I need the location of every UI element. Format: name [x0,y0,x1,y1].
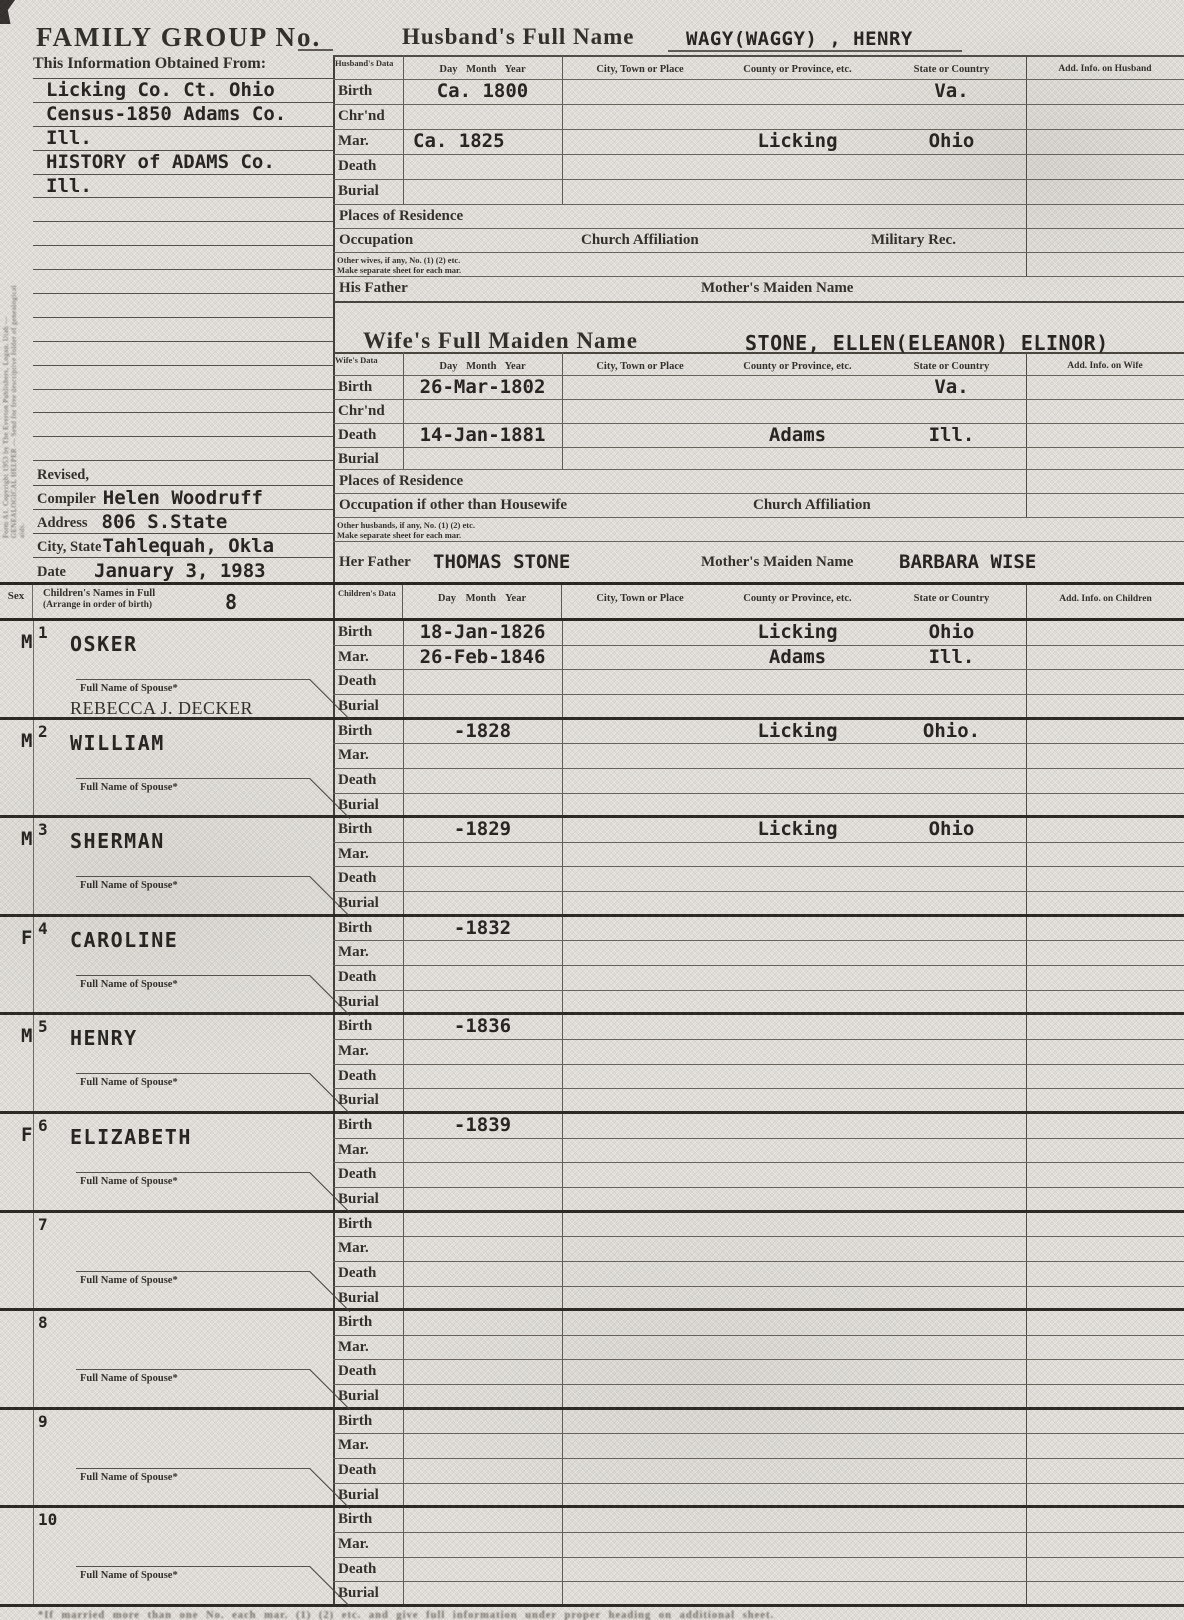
event-label: Birth [333,1311,403,1335]
col-city-town-place: City, Town or Place [562,585,718,618]
event-county [718,155,877,179]
spouse-rule-line [76,1369,310,1370]
husband-chrnd-row: Chr'nd [333,105,1184,130]
event-state [877,867,1026,891]
event-add-info [1026,769,1184,793]
event-county [718,867,877,891]
event-date [403,843,562,867]
event-state [877,843,1026,867]
event-add-info [1026,1508,1184,1532]
event-state: Ohio [877,818,1026,842]
child-row: M 1 OSKER Full Name of Spouse* REBECCA J… [0,621,1184,720]
event-date: -1828 [403,720,562,744]
event-label: Mar. [333,1336,403,1360]
places-of-residence-label: Places of Residence [339,208,463,225]
event-label: Birth [333,376,403,399]
child-marriage-row: Mar. [333,1139,1184,1164]
event-county [718,1040,877,1064]
event-date [403,1065,562,1089]
event-state [877,966,1026,990]
rule-line [33,1015,34,1111]
event-label: Birth [333,1015,403,1039]
husband-birth-row: Birth Ca. 1800 Va. [333,80,1184,105]
family-group-sheet: Form A1. Copyright 1953 by The Everton P… [0,0,1184,1620]
event-date [403,991,562,1016]
event-county [718,1582,877,1607]
wife-parents-row: Her Father THOMAS STONE Mother's Maiden … [333,542,1184,582]
child-number: 6 [38,1116,48,1135]
spouse-rule-line [76,1073,310,1074]
event-date [403,1237,562,1261]
event-add-info [1026,1015,1184,1039]
col-county-province: County or Province, etc. [718,352,877,375]
event-add-info [1026,1410,1184,1434]
child-marriage-row: Mar. [333,1040,1184,1065]
revised-line: Revised, [33,462,333,486]
event-label: Death [333,1163,403,1187]
source-line [33,270,333,294]
event-label: Death [333,769,403,793]
event-state [877,1434,1026,1458]
event-date [403,1213,562,1237]
wife-birth-row: Birth 26-Mar-1802 Va. [333,376,1184,400]
col-city-town-place: City, Town or Place [562,55,718,79]
occupation-label: Occupation if other than Housewife [339,497,567,514]
event-label: Death [333,670,403,694]
event-city [562,1410,718,1434]
church-affiliation-label: Church Affiliation [581,232,699,249]
event-label: Death [333,424,403,447]
event-county [718,1385,877,1410]
event-county [718,1188,877,1213]
spouse-label: Full Name of Spouse* [80,880,178,891]
child-sex: M [21,730,32,752]
event-date [403,1336,562,1360]
spouse-rule-line [76,778,310,779]
event-county [718,843,877,867]
event-label: Death [333,155,403,179]
event-city [562,1533,718,1557]
source-line [33,413,333,437]
child-events: Birth 18-Jan-1826 Licking Ohio Mar. 26-F… [333,621,1184,717]
event-city [562,130,718,154]
wife-occupation-row: Occupation if other than Housewife Churc… [333,494,1184,518]
event-label: Burial [333,1385,403,1410]
spouse-label: Full Name of Spouse* [80,782,178,793]
event-date [403,1262,562,1286]
rule-line [33,917,34,1013]
event-city [562,867,718,891]
col-add-info-children: Add. Info. on Children [1026,585,1184,618]
child-marriage-row: Mar. [333,941,1184,966]
col-county-province: County or Province, etc. [718,55,877,79]
event-county [718,1484,877,1509]
col-day-month-year: Day Month Year [403,352,562,375]
col-children-names: Children's Names in Full (Arrange in ord… [33,585,333,618]
event-date: -1829 [403,818,562,842]
mothers-maiden-name-label: Mother's Maiden Name [701,554,853,571]
event-label: Burial [333,892,403,917]
child-burial-row: Burial [333,1484,1184,1509]
event-label: Death [333,1065,403,1089]
event-city [562,1311,718,1335]
child-number: 10 [38,1510,57,1529]
source-line: Census-1850 Adams Co. [33,103,333,127]
event-date [403,1040,562,1064]
event-city [562,621,718,645]
child-events: Birth -1839 Mar. Death [333,1114,1184,1210]
event-label: Chr'nd [333,105,403,129]
event-state: Ohio. [877,720,1026,744]
other-husbands-note: Other husbands, if any, No. (1) (2) etc.… [333,518,1184,540]
rule-line [33,720,34,816]
child-birth-row: Birth -1836 [333,1015,1184,1040]
child-row: F 6 ELIZABETH Full Name of Spouse* Birth… [0,1114,1184,1213]
event-label: Death [333,1459,403,1483]
husband-name-label: Husband's Full Name [402,24,634,50]
event-state [877,1139,1026,1163]
event-county [718,744,877,768]
event-add-info [1026,80,1184,104]
event-state [877,744,1026,768]
col-day-month-year: Day Month Year [403,55,562,79]
event-county [718,1163,877,1187]
event-add-info [1026,1311,1184,1335]
wife-name-label: Wife's Full Maiden Name [363,328,638,354]
event-label: Mar. [333,1533,403,1557]
event-date [403,1385,562,1410]
source-line [33,318,333,342]
compiler-value: Helen Woodruff [103,488,263,508]
rule-line [668,50,962,52]
child-row: M 2 WILLIAM Full Name of Spouse* Birth -… [0,720,1184,819]
child-burial-row: Burial [333,991,1184,1016]
event-label: Birth [333,818,403,842]
event-county [718,1336,877,1360]
child-sex: M [21,828,32,850]
event-city [562,720,718,744]
event-county: Adams [718,424,877,447]
event-county [718,1410,877,1434]
event-state: Ohio [877,130,1026,154]
event-county [718,1311,877,1335]
husband-burial-row: Burial [333,180,1184,205]
source-line: Licking Co. Ct. Ohio [33,79,333,103]
other-wives-note-line1: Other wives, if any, No. (1) (2) etc. [337,256,1184,266]
footnote: *If married more than one No. each mar. … [38,1610,1158,1620]
event-county [718,1237,877,1261]
event-city [562,1360,718,1384]
wife-table-header: Wife's Data Day Month Year City, Town or… [333,352,1184,376]
child-sex: F [21,927,32,949]
event-city [562,448,718,469]
event-state: Ill. [877,646,1026,670]
child-events: Birth -1836 Mar. Death [333,1015,1184,1111]
event-date [403,1188,562,1213]
compiler-line: Compiler Helen Woodruff [33,486,333,510]
child-row: 9 Full Name of Spouse* Birth Mar. [0,1410,1184,1509]
event-county: Licking [718,818,877,842]
wife-data-label: Wife's Data [333,352,403,375]
event-county [718,80,877,104]
wife-places-row: Places of Residence [333,470,1184,494]
children-names-sublabel: (Arrange in order of birth) [43,600,152,610]
event-label: Mar. [333,1040,403,1064]
places-of-residence-label: Places of Residence [339,473,463,490]
source-line: HISTORY of ADAMS Co. [33,151,333,175]
child-row: 7 Full Name of Spouse* Birth Mar. [0,1213,1184,1312]
child-birth-row: Birth -1839 [333,1114,1184,1139]
event-label: Mar. [333,1139,403,1163]
event-date [403,1533,562,1557]
wife-other-husbands-row: Other husbands, if any, No. (1) (2) etc.… [333,518,1184,542]
event-county [718,966,877,990]
event-add-info [1026,1484,1184,1509]
event-date: -1832 [403,917,562,941]
source-line [33,390,333,414]
event-state [877,991,1026,1016]
event-label: Mar. [333,1434,403,1458]
event-date [403,105,562,129]
event-add-info [1026,966,1184,990]
event-county [718,991,877,1016]
event-add-info [1026,621,1184,645]
event-city [562,180,718,204]
event-city [562,1015,718,1039]
event-add-info [1026,155,1184,179]
event-add-info [1026,1040,1184,1064]
event-city [562,1114,718,1138]
event-state [877,892,1026,917]
event-add-info [1026,867,1184,891]
event-date: 26-Mar-1802 [403,376,562,399]
event-county [718,1434,877,1458]
husband-name-value: WAGY(WAGGY) , HENRY [686,28,913,50]
event-date [403,1459,562,1483]
rule-line [33,1508,34,1604]
event-state [877,1213,1026,1237]
source-line [33,222,333,246]
event-add-info [1026,1385,1184,1410]
event-label: Death [333,1360,403,1384]
event-state [877,695,1026,720]
her-father-label: Her Father [339,554,411,571]
spouse-rule-line [76,1468,310,1469]
event-add-info [1026,670,1184,694]
event-city [562,1287,718,1312]
child-events: Birth Mar. Death [333,1213,1184,1309]
event-state [877,1311,1026,1335]
event-county [718,1558,877,1582]
child-death-row: Death [333,1065,1184,1090]
event-city [562,843,718,867]
city-state-line: City, State Tahlequah, Okla [33,534,333,558]
event-add-info [1026,892,1184,917]
event-state [877,670,1026,694]
source-line [33,198,333,222]
revised-label: Revised, [33,467,89,484]
rule-line [33,1213,34,1309]
child-birth-row: Birth [333,1508,1184,1533]
event-city [562,695,718,720]
event-county [718,769,877,793]
child-burial-row: Burial [333,1089,1184,1114]
event-state: Va. [877,376,1026,399]
event-county [718,1139,877,1163]
event-city [562,1582,718,1607]
child-sex: M [21,1025,32,1047]
event-city [562,1065,718,1089]
event-county [718,1065,877,1089]
child-birth-row: Birth [333,1311,1184,1336]
event-city [562,80,718,104]
event-date [403,769,562,793]
source-line: Ill. [33,175,333,199]
rule-line [33,1410,34,1506]
event-add-info [1026,1336,1184,1360]
child-events: Birth -1832 Mar. Death [333,917,1184,1013]
margin-imprint: Form A1. Copyright 1953 by The Everton P… [2,268,28,538]
event-label: Death [333,1558,403,1582]
other-wives-note-line2: Make separate sheet for each mar. [337,266,1184,276]
event-state [877,794,1026,819]
event-state [877,917,1026,941]
event-date: Ca. 1800 [403,80,562,104]
event-label: Birth [333,1410,403,1434]
child-birth-row: Birth 18-Jan-1826 Licking Ohio [333,621,1184,646]
event-city [562,1188,718,1213]
event-date: 18-Jan-1826 [403,621,562,645]
event-county [718,1287,877,1312]
event-label: Birth [333,1213,403,1237]
event-city [562,818,718,842]
event-county: Adams [718,646,877,670]
child-name: HENRY [70,1026,138,1050]
col-add-info-husband: Add. Info. on Husband [1026,55,1184,79]
col-day-month-year: Day Month Year [403,585,562,618]
address-label: Address [33,515,88,532]
event-city [562,1336,718,1360]
child-events: Birth Mar. Death [333,1508,1184,1604]
child-number: 8 [38,1313,48,1332]
event-state [877,1360,1026,1384]
event-state [877,1114,1026,1138]
event-add-info [1026,1558,1184,1582]
event-label: Mar. [333,1237,403,1261]
event-date [403,1139,562,1163]
event-date [403,1484,562,1509]
event-state [877,105,1026,129]
event-add-info [1026,400,1184,423]
event-state: Va. [877,80,1026,104]
other-husbands-note-line1: Other husbands, if any, No. (1) (2) etc. [337,521,1184,531]
child-marriage-row: Mar. [333,1533,1184,1558]
child-name: SHERMAN [70,829,165,853]
event-label: Birth [333,80,403,104]
event-date [403,1508,562,1532]
child-birth-row: Birth [333,1213,1184,1238]
military-rec-label: Military Rec. [871,232,956,249]
event-county: Licking [718,130,877,154]
event-city [562,1508,718,1532]
address-line: Address 806 S.State [33,510,333,534]
event-add-info [1026,1139,1184,1163]
event-add-info [1026,794,1184,819]
event-add-info [1026,744,1184,768]
event-city [562,1213,718,1237]
col-state-country: State or Country [877,55,1026,79]
his-father-label: His Father [339,280,408,297]
child-number: 3 [38,820,48,839]
event-add-info [1026,1360,1184,1384]
event-county: Licking [718,621,877,645]
spouse-rule-line [76,1172,310,1173]
event-label: Birth [333,720,403,744]
child-birth-row: Birth [333,1410,1184,1435]
source-line [33,246,333,270]
event-city [562,1459,718,1483]
child-marriage-row: Mar. [333,1434,1184,1459]
child-burial-row: Burial [333,892,1184,917]
event-add-info [1026,180,1184,204]
child-row: F 4 CAROLINE Full Name of Spouse* Birth … [0,917,1184,1016]
event-state [877,1065,1026,1089]
compiler-block: Revised, Compiler Helen Woodruff Address… [33,462,333,582]
child-number: 1 [38,623,48,642]
event-add-info [1026,448,1184,469]
spouse-rule-line [76,975,310,976]
rule-line [33,1114,34,1210]
event-state: Ill. [877,424,1026,447]
event-label: Burial [333,448,403,469]
child-death-row: Death [333,1163,1184,1188]
husband-occupation-row: Occupation Church Affiliation Military R… [333,229,1184,253]
event-state [877,1163,1026,1187]
event-label: Birth [333,621,403,645]
event-city [562,966,718,990]
event-add-info [1026,1262,1184,1286]
event-county [718,1089,877,1114]
event-state [877,1410,1026,1434]
event-date [403,695,562,720]
child-death-row: Death [333,1459,1184,1484]
event-date [403,867,562,891]
event-state [877,1015,1026,1039]
event-label: Burial [333,1188,403,1213]
spouse-label: Full Name of Spouse* [80,683,178,694]
child-burial-row: Burial [333,1385,1184,1410]
event-city [562,424,718,447]
event-date: -1839 [403,1114,562,1138]
event-state [877,1558,1026,1582]
event-county [718,695,877,720]
event-date [403,400,562,423]
event-add-info [1026,646,1184,670]
event-state [877,1385,1026,1410]
child-burial-row: Burial [333,1188,1184,1213]
event-add-info [1026,695,1184,720]
event-city [562,1262,718,1286]
event-add-info [1026,1434,1184,1458]
event-label: Burial [333,1287,403,1312]
event-date [403,1410,562,1434]
event-date: 26-Feb-1846 [403,646,562,670]
event-city [562,892,718,917]
spouse-name: REBECCA J. DECKER [70,698,253,719]
child-marriage-row: Mar. [333,744,1184,769]
event-city [562,670,718,694]
event-state [877,1188,1026,1213]
